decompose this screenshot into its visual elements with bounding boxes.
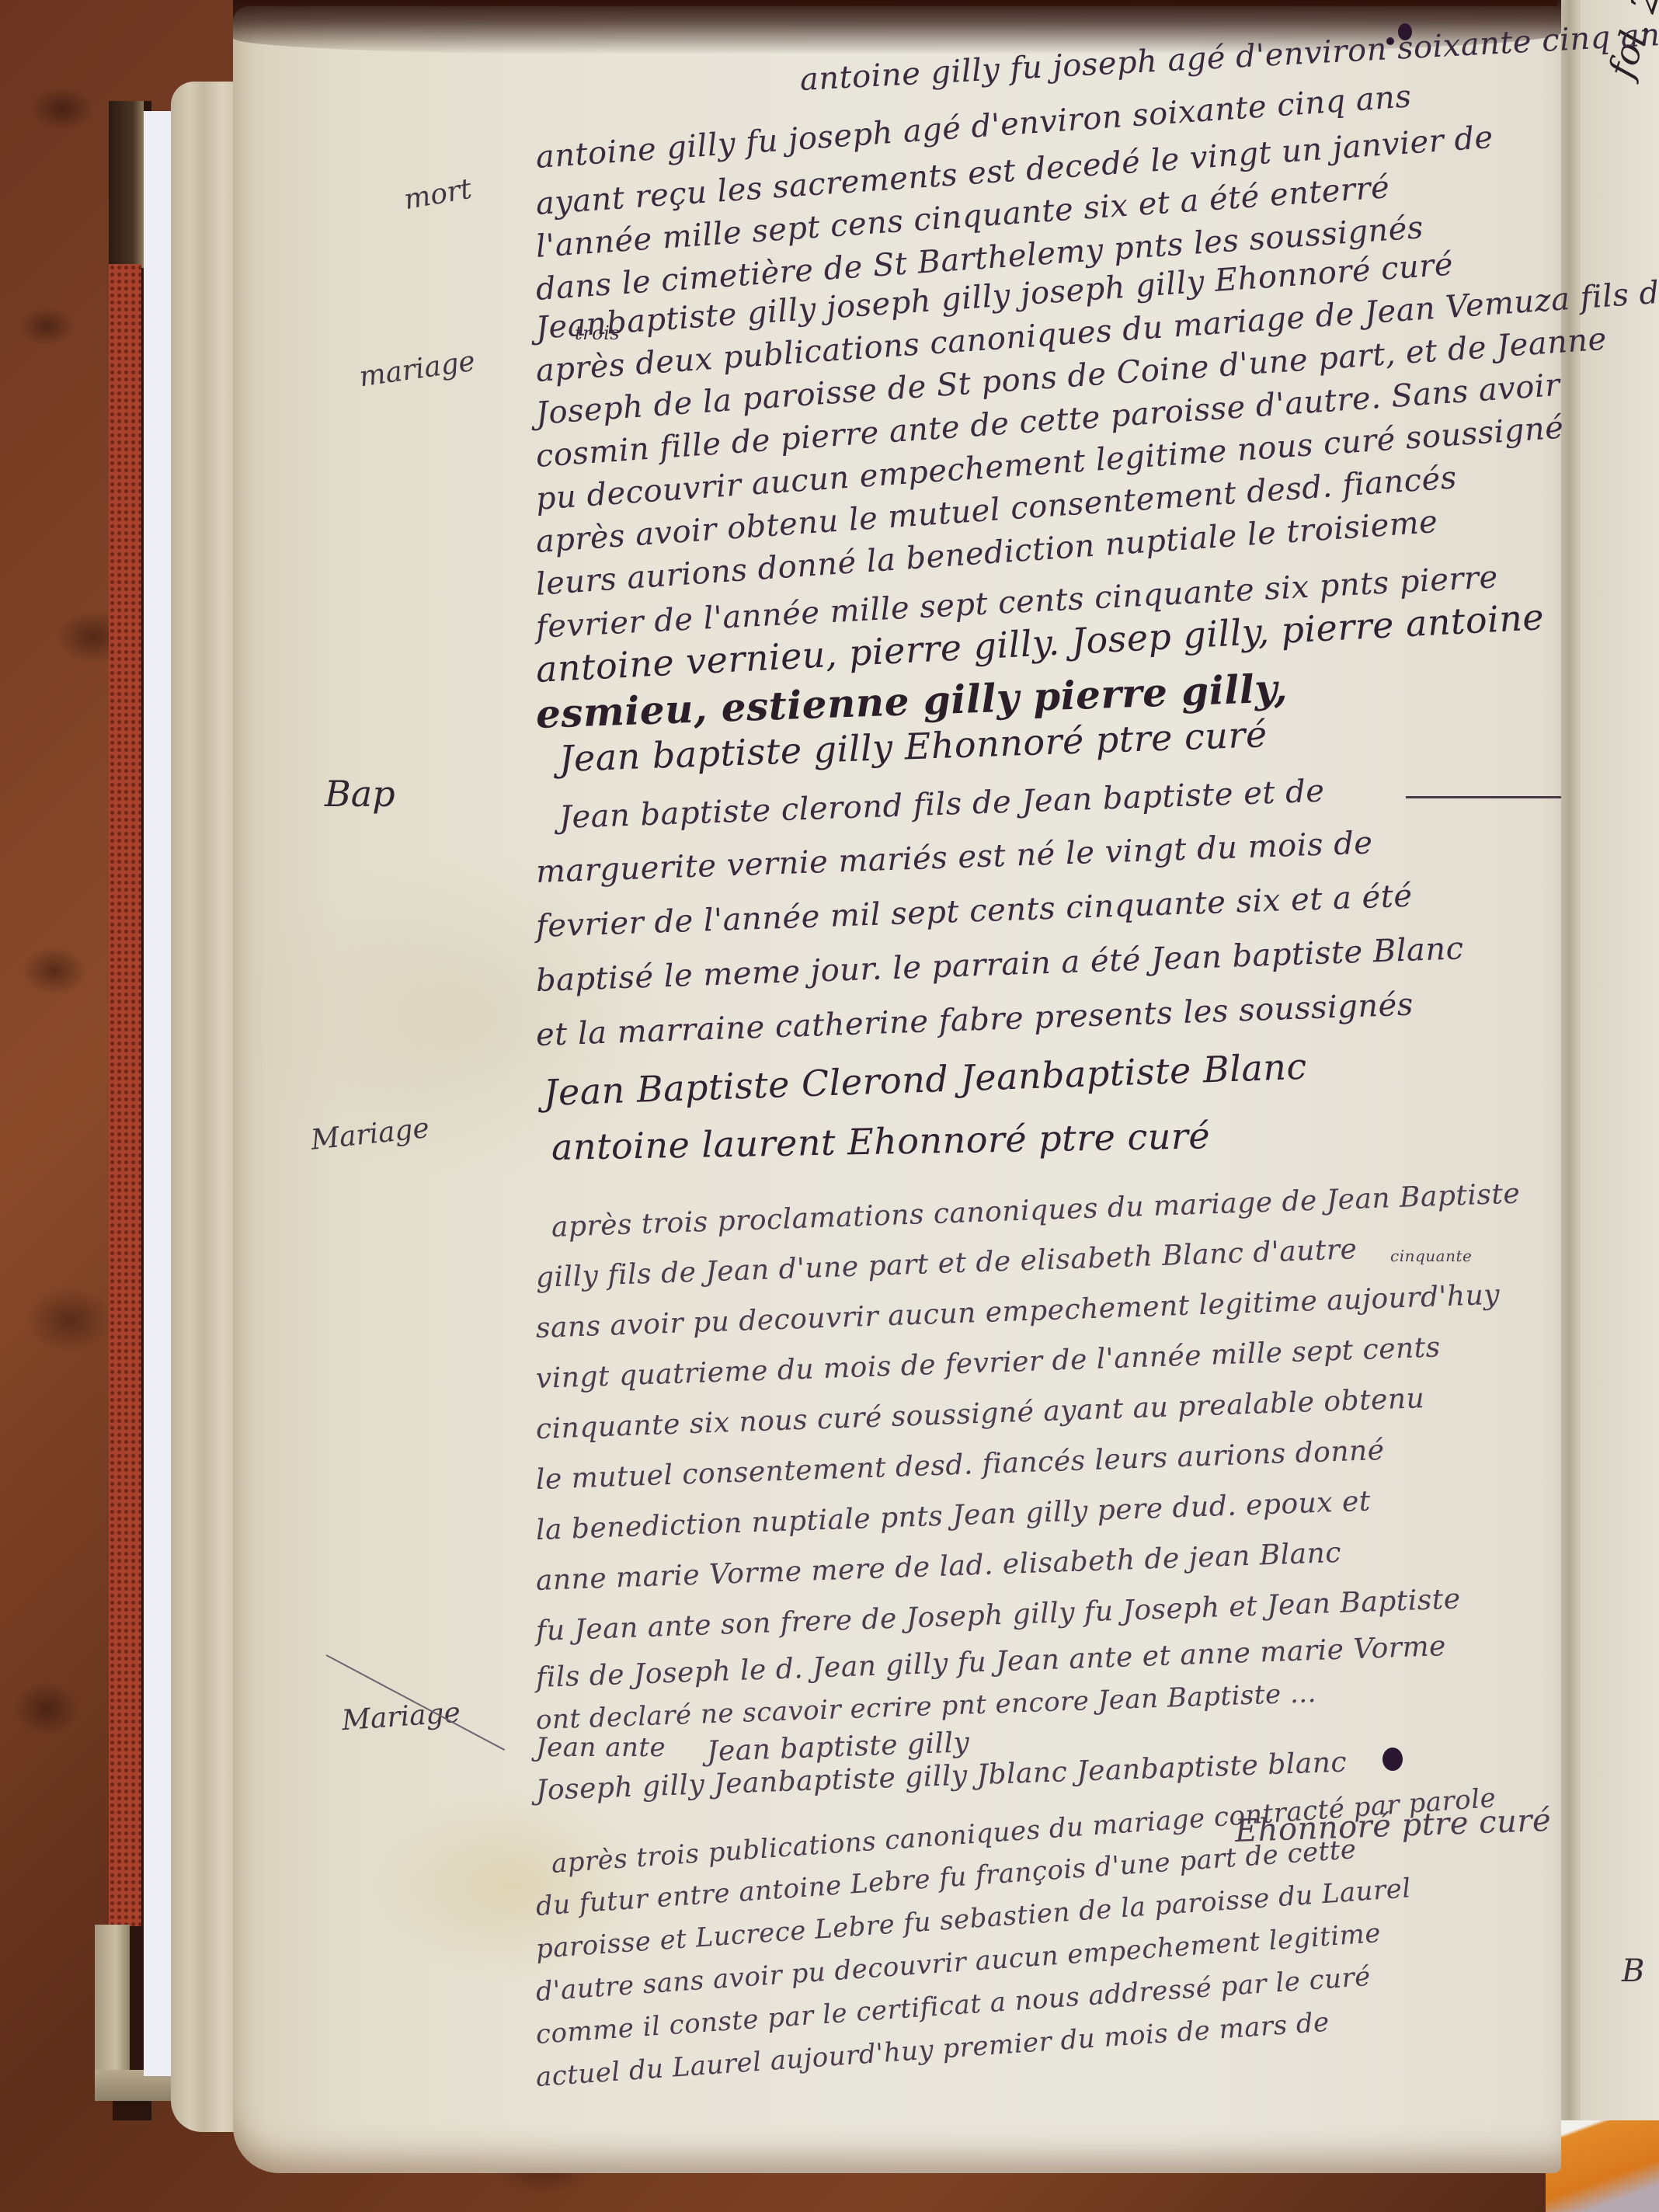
entry-line: Jean ante	[536, 1732, 666, 1763]
table-corner	[1546, 2120, 1659, 2212]
separator-rule	[1406, 796, 1561, 798]
metal-corner-bottom	[95, 1925, 130, 2092]
entry-insertion: cinquante	[1390, 1247, 1472, 1265]
margin-note-bap: Bap	[325, 773, 395, 815]
entry-insertion: trois	[575, 322, 620, 344]
ink-blot	[1382, 1748, 1403, 1771]
metal-corner-top	[109, 101, 144, 268]
leather-spine-strip	[109, 264, 141, 1926]
facing-page-fragment: B	[1622, 1953, 1644, 1989]
